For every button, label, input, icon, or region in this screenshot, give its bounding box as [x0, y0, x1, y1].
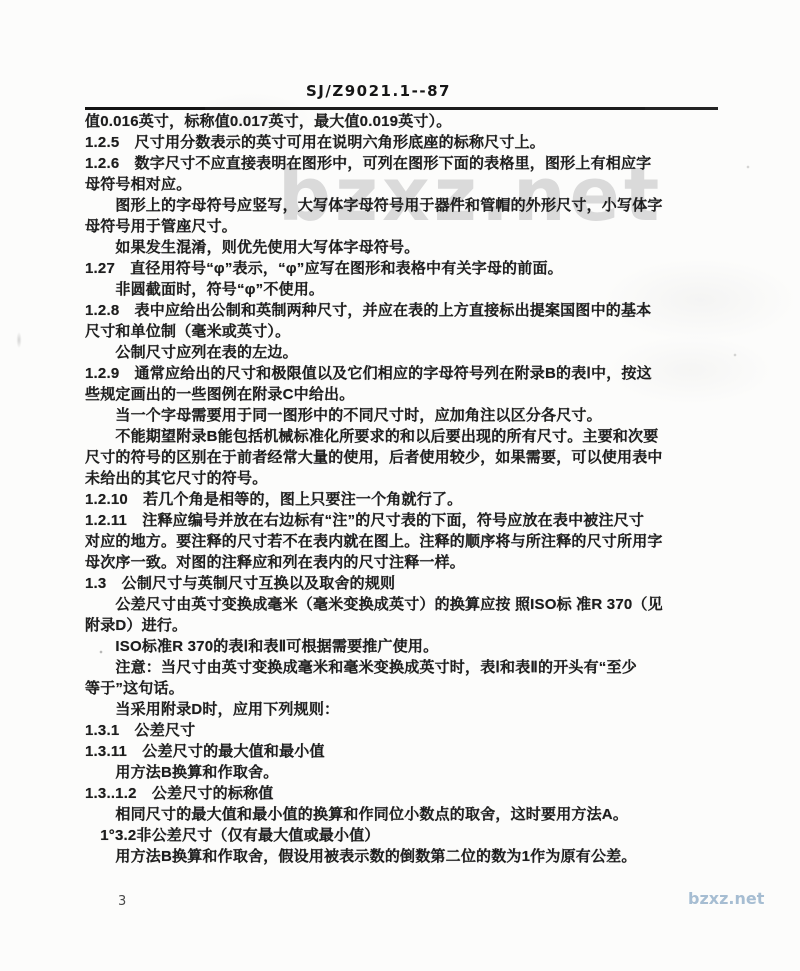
text-line: 注意：当尺寸由英寸变换成毫米和毫米变换成英寸时，表Ⅰ和表Ⅱ的开头有“至少	[85, 657, 733, 678]
text-line: 1.2.10 若几个角是相等的，图上只要注一个角就行了。	[85, 489, 733, 510]
scanned-document-page: bzxz.net SJ/Z9021.1--87 值0.016英寸，标称值0.01…	[0, 0, 800, 971]
text-line: 附录D）进行。	[85, 615, 733, 636]
text-line: 1.3 公制尺寸与英制尺寸互换以及取舍的规则	[85, 573, 733, 594]
text-line: 母符号用于管座尺寸。	[85, 216, 733, 237]
text-line: 1.2.9 通常应给出的尺寸和极限值以及它们相应的字母符号列在附录B的表Ⅰ中，按…	[85, 363, 733, 384]
text-line: 1.2.6 数字尺寸不应直接表明在图形中，可列在图形下面的表格里，图形上有相应字	[85, 153, 733, 174]
text-line: 1.3.1 公差尺寸	[85, 720, 733, 741]
text-line: 用方法B换算和作取舍。	[85, 762, 733, 783]
text-line: 母次序一致。对图的注释应和列在表内的尺寸注释一样。	[85, 552, 733, 573]
text-line: 等于”这句话。	[85, 678, 733, 699]
text-line: 尺寸的符号的区别在于前者经常大量的使用，后者使用较少，如果需要，可以使用表中	[85, 447, 733, 468]
text-line: ISO标准R 370的表Ⅰ和表Ⅱ可根据需要推广使用。	[85, 636, 733, 657]
text-line: 1.3.11 公差尺寸的最大值和最小值	[85, 741, 733, 762]
text-line: 相同尺寸的最大值和最小值的换算和作同位小数点的取舍，这时要用方法A。	[85, 804, 733, 825]
document-body: 值0.016英寸，标称值0.017英寸，最大值0.019英寸）。1.2.5 尺寸…	[85, 111, 733, 867]
text-line: 1.2.11 注释应编号并放在右边标有“注”的尺寸表的下面，符号应放在表中被注尺…	[85, 510, 733, 531]
text-line: 尺寸和单位制（毫米或英寸）。	[85, 321, 733, 342]
header-rule	[85, 107, 718, 110]
text-line: 当一个字母需要用于同一图形中的不同尺寸时，应加角注以区分各尺寸。	[85, 405, 733, 426]
text-line: 用方法B换算和作取舍，假设用被表示数的倒数第二位的数为1作为原有公差。	[85, 846, 733, 867]
text-line: 不能期望附录B能包括机械标准化所要求的和以后要出现的所有尺寸。主要和次要	[85, 426, 733, 447]
text-line: 如果发生混淆，则优先使用大写体字母符号。	[85, 237, 733, 258]
text-line: 些规定画出的一些图例在附录C中给出。	[85, 384, 733, 405]
text-line: 值0.016英寸，标称值0.017英寸，最大值0.019英寸）。	[85, 111, 733, 132]
text-line: 母符号相对应。	[85, 174, 733, 195]
text-line: 1°3.2非公差尺寸（仅有最大值或最小值）	[85, 825, 733, 846]
text-line: 1.3..1.2 公差尺寸的标称值	[85, 783, 733, 804]
text-line: 当采用附录D时，应用下列规则：	[85, 699, 733, 720]
text-line: 公差尺寸由英寸变换成毫米（毫米变换成英寸）的换算应按 照ISO标 准R 370（…	[85, 594, 733, 615]
page-number: 3	[118, 894, 126, 909]
text-line: 1.2.5 尺寸用分数表示的英寸可用在说明六角形底座的标称尺寸上。	[85, 132, 733, 153]
standard-number: SJ/Z9021.1--87	[306, 82, 451, 100]
text-line: 1.2.8 表中应给出公制和英制两种尺寸，并应在表的上方直接标出提案国图中的基本	[85, 300, 733, 321]
text-line: 未给出的其它尺寸的符号。	[85, 468, 733, 489]
text-line: 公制尺寸应列在表的左边。	[85, 342, 733, 363]
text-line: 1.27 直径用符号“φ”表示，“φ”应写在图形和表格中有关字母的前面。	[85, 258, 733, 279]
text-line: 非圆截面时，符号“φ”不使用。	[85, 279, 733, 300]
text-line: 对应的地方。要注释的尺寸若不在表内就在图上。注释的顺序将与所注释的尺寸所用字	[85, 531, 733, 552]
corner-watermark: bzxz.net	[688, 889, 764, 908]
text-line: 图形上的字母符号应竖写，大写体字母符号用于器件和管帽的外形尺寸，小写体字	[85, 195, 733, 216]
